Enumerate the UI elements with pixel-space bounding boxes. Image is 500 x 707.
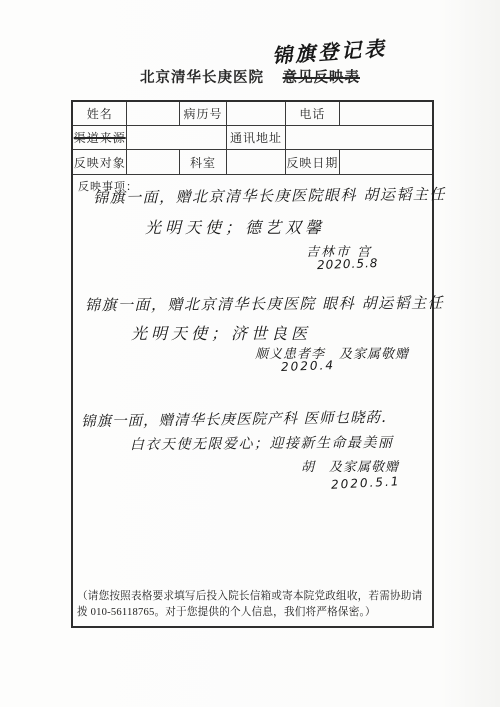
record-number-value-cell bbox=[227, 102, 285, 125]
footer-note: （请您按照表格要求填写后投入院长信箱或寄本院党政组收，若需协助请拨 010-56… bbox=[77, 589, 429, 620]
phone-value-cell bbox=[340, 102, 432, 125]
table-row-contact: 渠道来源 通讯地址 bbox=[73, 126, 432, 150]
handwritten-line: 光明天使；德艺双馨 bbox=[145, 215, 325, 238]
target-label-cell: 反映对象 bbox=[73, 150, 127, 174]
handwritten-line: 锦旗一面，赠清华长庚医院产科 医师乜晓菂． bbox=[81, 406, 397, 431]
form-name-strikethrough-text: 意见反映表 bbox=[283, 70, 361, 86]
name-label-cell: 姓名 bbox=[73, 102, 127, 125]
handwritten-title: 锦旗登记表 bbox=[271, 32, 388, 69]
address-value-cell bbox=[286, 126, 432, 149]
scanned-form-page: 锦旗登记表 北京清华长庚医院 意见反映表 姓名 病历号 电话 渠道来源 通讯地址… bbox=[0, 0, 500, 707]
channel-source-label-cell: 渠道来源 bbox=[73, 126, 127, 149]
phone-label-cell: 电话 bbox=[286, 102, 340, 125]
address-label-cell: 通讯地址 bbox=[227, 126, 285, 149]
handwritten-line: 光明天使；济世良医 bbox=[131, 321, 311, 344]
form-table: 姓名 病历号 电话 渠道来源 通讯地址 反映对象 科室 反映日期 反映事项： 锦 bbox=[71, 100, 434, 628]
record-number-label-cell: 病历号 bbox=[180, 102, 227, 125]
handwritten-line: 锦旗一面，赠北京清华长庚医院 眼科 胡运韬主任 bbox=[85, 292, 444, 316]
channel-source-value-cell bbox=[127, 126, 227, 149]
department-label-cell: 科室 bbox=[180, 150, 227, 174]
handwritten-line: 白衣天使无限爱心；迎接新生命最美丽 bbox=[130, 432, 394, 454]
form-title: 北京清华长庚医院 意见反映表 bbox=[0, 66, 500, 87]
handwritten-date: 2020.4 bbox=[281, 358, 335, 374]
feedback-date-value-cell bbox=[340, 150, 432, 174]
hospital-name-text: 北京清华长庚医院 bbox=[140, 70, 264, 86]
matters-cell: 反映事项： 锦旗一面，赠北京清华长庚医院眼科 胡运韬主任 光明天使；德艺双馨 吉… bbox=[73, 175, 432, 626]
name-value-cell bbox=[127, 102, 179, 125]
feedback-date-label-cell: 反映日期 bbox=[286, 150, 340, 174]
handwritten-line: 锦旗一面，赠北京清华长庚医院眼科 胡运韬主任 bbox=[93, 183, 446, 208]
table-row-identity: 姓名 病历号 电话 bbox=[73, 102, 432, 126]
target-value-cell bbox=[127, 150, 179, 174]
handwritten-date: 2020.5.1 bbox=[331, 474, 401, 492]
handwritten-date: 2020.5.8 bbox=[317, 256, 379, 272]
title-spacer bbox=[269, 70, 278, 86]
table-row-target: 反映对象 科室 反映日期 bbox=[73, 150, 432, 175]
handwritten-signature: 胡 及家属敬赠 bbox=[301, 456, 399, 475]
department-value-cell bbox=[227, 150, 285, 174]
